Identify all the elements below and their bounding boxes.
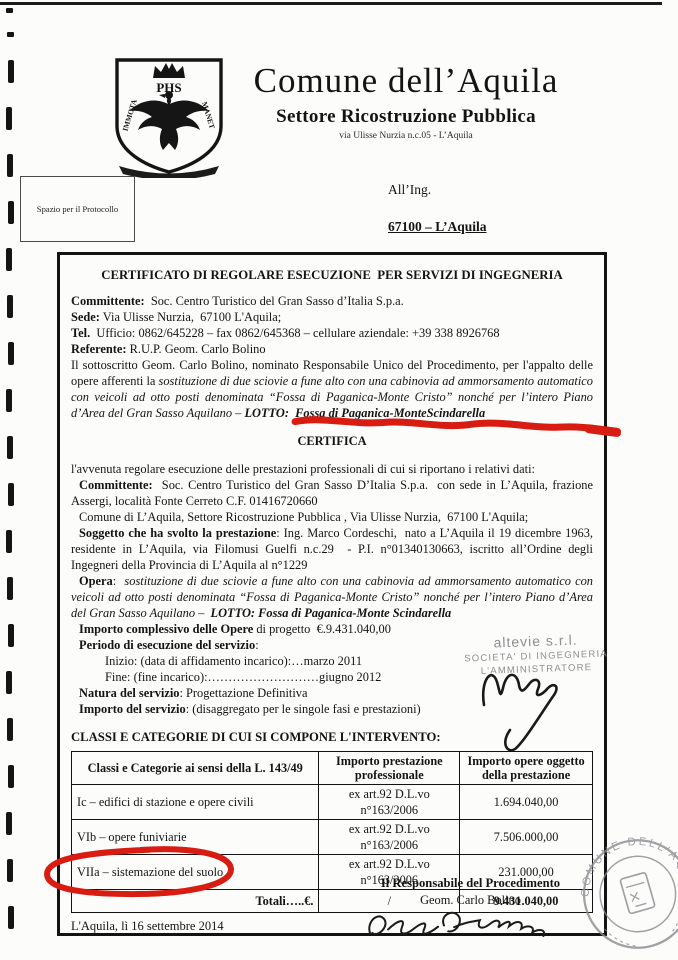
coat-of-arms-eagle-icon: PHS IMMOTA MANET <box>108 52 230 178</box>
certificate-box: CERTIFICATO DI REGOLARE ESECUZIONE PER S… <box>57 252 607 936</box>
signatory-title: Il Responsabile del Procedimento <box>348 875 593 891</box>
importo-servizio-label: Importo del servizio <box>79 702 186 716</box>
natura-label: Natura del servizio <box>79 686 179 700</box>
binding-hole-icon <box>8 342 14 365</box>
sede-value: Via Ulisse Nurzia, 67100 L'Aquila; <box>100 310 281 324</box>
binding-hole-icon <box>6 671 12 694</box>
opera-paragraph: Opera: sostituzione di due sciovie a fun… <box>71 573 593 621</box>
municipality-title: Comune dell’Aquila <box>238 62 574 100</box>
comune-line: Comune di L’Aquila, Settore Ricostruzion… <box>71 509 593 525</box>
svg-text:COMUNE DELL'AQUILA: COMUNE DELL'AQUILA <box>560 828 678 917</box>
table-cell: Ic – edifici di stazione e opere civili <box>72 785 319 820</box>
binding-hole-icon <box>8 483 14 506</box>
importo-opere-label: Importo complessivo delle Opere <box>79 622 253 636</box>
binding-hole-icon <box>7 859 13 882</box>
binding-hole-icon <box>8 624 14 647</box>
emblem-motto-right: MANET <box>200 101 217 130</box>
scan-edge-line <box>0 2 662 5</box>
binding-hole-icon <box>8 906 14 929</box>
certificate-title: CERTIFICATO DI REGOLARE ESECUZIONE PER S… <box>71 267 593 283</box>
referente-label: Referente: <box>71 342 127 356</box>
col-header: Importo prestazione professionale <box>319 752 460 785</box>
emblem-motto-left: IMMOTA <box>121 98 139 133</box>
binding-hole-icon <box>6 812 12 835</box>
table-cell: 1.694.040,00 <box>460 785 593 820</box>
red-circle-annotation <box>37 840 238 901</box>
tel-line: Tel. Ufficio: 0862/645228 – fax 0862/645… <box>71 325 593 341</box>
recipient-block: All’Ing. 67100 – L’Aquila <box>388 182 487 235</box>
recipient-city: 67100 – L’Aquila <box>388 219 487 235</box>
protocol-box-label: Spazio per il Protocollo <box>37 204 118 214</box>
tel-label: Tel. <box>71 326 90 340</box>
sede-line: Sede: Via Ulisse Nurzia, 67100 L'Aquila; <box>71 309 593 325</box>
client-label: Committente: <box>71 294 145 308</box>
binding-hole-icon <box>6 8 13 13</box>
binding-hole-icon <box>8 765 14 788</box>
importo-servizio-value: : (disaggregato per le singole fasi e pr… <box>186 702 421 716</box>
importo-opere-value: di progetto €.9.431.040,00 <box>253 622 391 636</box>
tel-value: Ufficio: 0862/645228 – fax 0862/645368 –… <box>90 326 499 340</box>
binding-hole-icon <box>8 201 14 224</box>
table-header-row: Classi e Categorie ai sensi della L. 143… <box>72 752 593 785</box>
col-header: Classi e Categorie ai sensi della L. 143… <box>72 752 319 785</box>
client-value: Soc. Centro Turistico del Gran Sasso d’I… <box>145 294 404 308</box>
recipient-to: All’Ing. <box>388 182 487 198</box>
binding-hole-icon <box>6 389 12 412</box>
table-cell: ex art.92 D.L.vo n°163/2006 <box>319 785 460 820</box>
scanned-document-page: PHS IMMOTA MANET Comune dell’Aquila Sett… <box>0 0 678 960</box>
binding-hole-icon <box>7 577 13 600</box>
natura-value: : Progettazione Definitiva <box>179 686 307 700</box>
committente2-paragraph: Committente: Soc. Centro Turistico del G… <box>71 477 593 509</box>
protocol-box: Spazio per il Protocollo <box>20 176 135 242</box>
committente2-label: Committente: <box>79 478 153 492</box>
binding-hole-icon <box>7 154 13 177</box>
table-row: Ic – edifici di stazione e opere civili … <box>72 785 593 820</box>
binding-hole-icon <box>6 248 12 271</box>
comune-round-stamp: COMUNE DELL'AQUILA <box>560 828 678 960</box>
client-line: Committente: Soc. Centro Turistico del G… <box>71 293 593 309</box>
table-cell: ex art.92 D.L.vo n°163/2006 <box>319 820 460 855</box>
binding-hole-icon <box>7 436 13 459</box>
referente-value: R.U.P. Geom. Carlo Bolino <box>127 342 266 356</box>
administrator-signature <box>472 650 592 755</box>
binding-hole-icon <box>6 530 12 553</box>
sede-label: Sede: <box>71 310 100 324</box>
round-stamp-text: COMUNE DELL'AQUILA <box>560 828 678 917</box>
header-address: via Ulisse Nurzia n.c.05 - L’Aquila <box>238 131 574 141</box>
certifica-intro: l'avvenuta regolare esecuzione delle pre… <box>71 461 593 477</box>
binding-hole-icon <box>7 718 13 741</box>
eagle-icon <box>129 97 209 150</box>
crown-icon <box>153 63 185 78</box>
opera-label: Opera <box>79 574 113 588</box>
soggetto-paragraph: Soggetto che ha svolto la prestazione: I… <box>71 525 593 573</box>
periodo-label: Periodo di esecuzione del servizio <box>79 638 255 652</box>
col-header: Importo opere oggetto della prestazione <box>460 752 593 785</box>
binding-hole-icon <box>6 107 12 130</box>
binding-hole-icon <box>7 32 14 37</box>
referente-line: Referente: R.U.P. Geom. Carlo Bolino <box>71 341 593 357</box>
binding-hole-icon <box>8 60 14 83</box>
soggetto-label: Soggetto che ha svolto la prestazione <box>79 526 276 540</box>
binding-hole-icon <box>7 295 13 318</box>
bolino-signature <box>359 900 555 951</box>
department-subtitle: Settore Ricostruzione Pubblica <box>238 106 574 128</box>
opera-lotto: LOTTO: Fossa di Paganica-Monte Scindarel… <box>211 606 452 620</box>
